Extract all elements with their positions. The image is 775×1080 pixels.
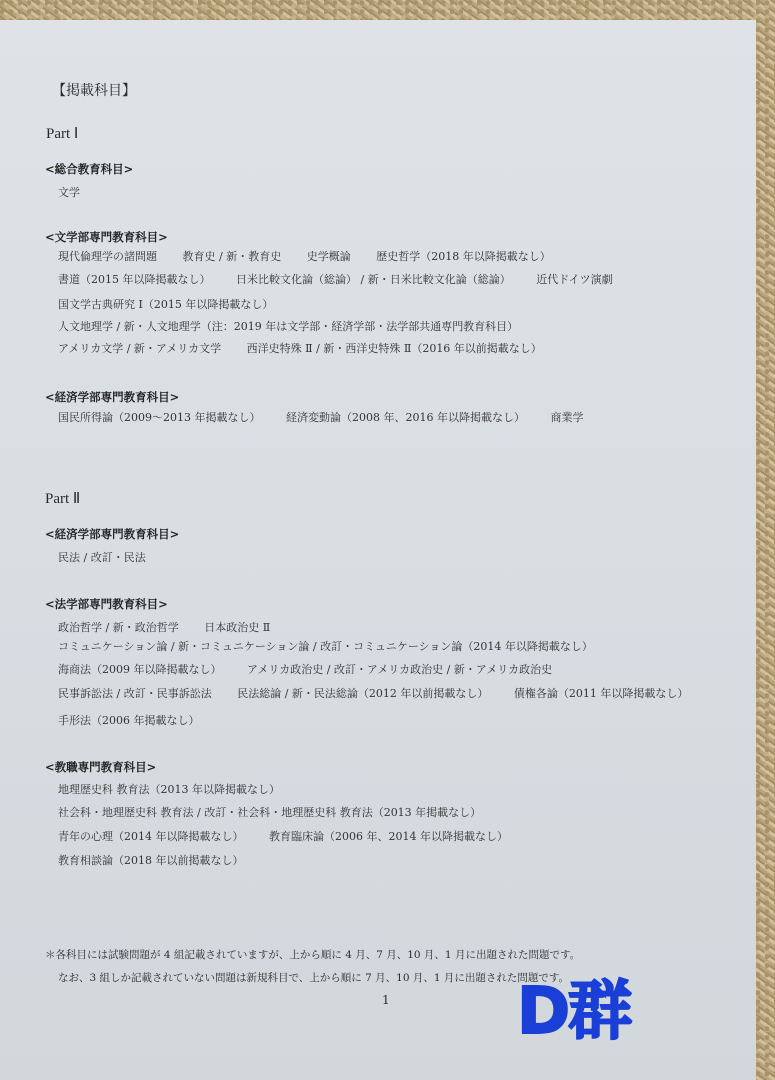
group-stamp: D群 — [517, 980, 630, 1044]
subject-line: 現代倫理学の諸問題 教育史 / 新・教育史 史学概論 歴史哲学（2018 年以降… — [58, 248, 573, 264]
subject: 債権各論（2011 年以降掲載なし） — [514, 687, 689, 700]
subject: 近代ドイツ演劇 — [536, 273, 612, 286]
subject-line: 地理歴史科 教育法（2013 年以降掲載なし） — [58, 781, 302, 797]
subject-line: 国文学古典研究 Ⅰ（2015 年以降掲載なし） — [58, 296, 295, 312]
subject: 教育臨床論（2006 年、2014 年以降掲載なし） — [269, 830, 508, 843]
subject: 国文学古典研究 Ⅰ（2015 年以降掲載なし） — [58, 298, 273, 311]
subject-line: 民事訴訟法 / 改訂・民事訴訟法 民法総論 / 新・民法総論（2012 年以前掲… — [58, 685, 710, 701]
subject: 民事訴訟法 / 改訂・民事訴訟法 — [58, 687, 212, 700]
subject: 手形法（2006 年掲載なし） — [58, 714, 200, 727]
subject: 書道（2015 年以降掲載なし） — [58, 273, 211, 286]
subject: 青年の心理（2014 年以降掲載なし） — [58, 830, 244, 843]
subject: 文学 — [58, 186, 80, 199]
section-heading: <文学部専門教育科目> — [45, 229, 168, 245]
subject: 政治哲学 / 新・政治哲学 — [58, 621, 179, 634]
subject: アメリカ政治史 / 改訂・アメリカ政治史 / 新・アメリカ政治史 — [247, 663, 552, 676]
subject-line: 国民所得論（2009～2013 年掲載なし） 経済変動論（2008 年、2016… — [58, 409, 605, 425]
subject-line: 政治哲学 / 新・政治哲学 日本政治史 Ⅱ — [58, 619, 292, 635]
subject-line: 社会科・地理歴史科 教育法 / 改訂・社会科・地理歴史科 教育法（2013 年掲… — [58, 804, 503, 820]
subject-line: 人文地理学 / 新・人文地理学（注：2019 年は文学部・経済学部・法学部共通専… — [58, 318, 540, 334]
subject-line: 民法 / 改訂・民法 — [58, 549, 168, 565]
part-2-label: Part Ⅱ — [45, 489, 80, 508]
subject: 国民所得論（2009～2013 年掲載なし） — [58, 411, 260, 424]
paper-sheet: 【掲載科目】 Part Ⅰ <総合教育科目> 文学 <文学部専門教育科目> 現代… — [0, 20, 756, 1080]
subject: 日本政治史 Ⅱ — [204, 621, 270, 634]
subject-line: 書道（2015 年以降掲載なし） 日米比較文化論（総論） / 新・日米比較文化論… — [58, 271, 635, 287]
subject: 社会科・地理歴史科 教育法 / 改訂・社会科・地理歴史科 教育法（2013 年掲… — [58, 806, 481, 819]
subject: 歴史哲学（2018 年以降掲載なし） — [376, 250, 551, 263]
subject-line: 文学 — [58, 184, 102, 200]
subject: 民法 / 改訂・民法 — [58, 551, 146, 564]
subject: 海商法（2009 年以降掲載なし） — [58, 663, 222, 676]
subject: 人文地理学 / 新・人文地理学（注：2019 年は文学部・経済学部・法学部共通専… — [58, 320, 518, 333]
subject-line: 教育相談論（2018 年以前掲載なし） — [58, 852, 266, 868]
section-heading: <法学部専門教育科目> — [45, 596, 168, 612]
footnote-2: なお、3 組しか記載されていない問題は新規科目で、上から順に 7 月、10 月、… — [58, 970, 569, 985]
subject: アメリカ文学 / 新・アメリカ文学 — [58, 342, 221, 355]
page-number: 1 — [382, 993, 390, 1007]
subject: 教育史 / 新・教育史 — [183, 250, 282, 263]
subject-line: コミュニケーション論 / 新・コミュニケーション論 / 改訂・コミュニケーション… — [58, 638, 615, 654]
subject: 民法総論 / 新・民法総論（2012 年以前掲載なし） — [237, 687, 488, 700]
subject: 商業学 — [550, 411, 583, 424]
subject-line: 青年の心理（2014 年以降掲載なし） 教育臨床論（2006 年、2014 年以… — [58, 828, 530, 844]
section-heading: <経済学部専門教育科目> — [45, 389, 179, 405]
section-heading: <経済学部専門教育科目> — [45, 526, 179, 542]
section-heading: <総合教育科目> — [45, 161, 133, 177]
subject: 史学概論 — [307, 250, 351, 263]
document-title: 【掲載科目】 — [52, 80, 136, 100]
subject: 経済変動論（2008 年、2016 年以降掲載なし） — [286, 411, 525, 424]
subject: コミュニケーション論 / 新・コミュニケーション論 / 改訂・コミュニケーション… — [58, 640, 593, 653]
subject-line: 手形法（2006 年掲載なし） — [58, 712, 222, 728]
section-heading: <教職専門教育科目> — [45, 759, 156, 775]
part-1-label: Part Ⅰ — [46, 124, 78, 143]
subject: 日米比較文化論（総論） / 新・日米比較文化論（総論） — [236, 273, 511, 286]
footnote-1: ＊各科目には試験問題が 4 組記載されていますが、上から順に 4 月、7 月、1… — [45, 947, 580, 962]
subject-line: 海商法（2009 年以降掲載なし） アメリカ政治史 / 改訂・アメリカ政治史 /… — [58, 661, 574, 677]
subject: 西洋史特殊 Ⅱ / 新・西洋史特殊 Ⅱ（2016 年以前掲載なし） — [247, 342, 542, 355]
subject: 教育相談論（2018 年以前掲載なし） — [58, 854, 244, 867]
subject-line: アメリカ文学 / 新・アメリカ文学 西洋史特殊 Ⅱ / 新・西洋史特殊 Ⅱ（20… — [58, 340, 564, 356]
subject: 地理歴史科 教育法（2013 年以降掲載なし） — [58, 783, 280, 796]
subject: 現代倫理学の諸問題 — [58, 250, 157, 263]
